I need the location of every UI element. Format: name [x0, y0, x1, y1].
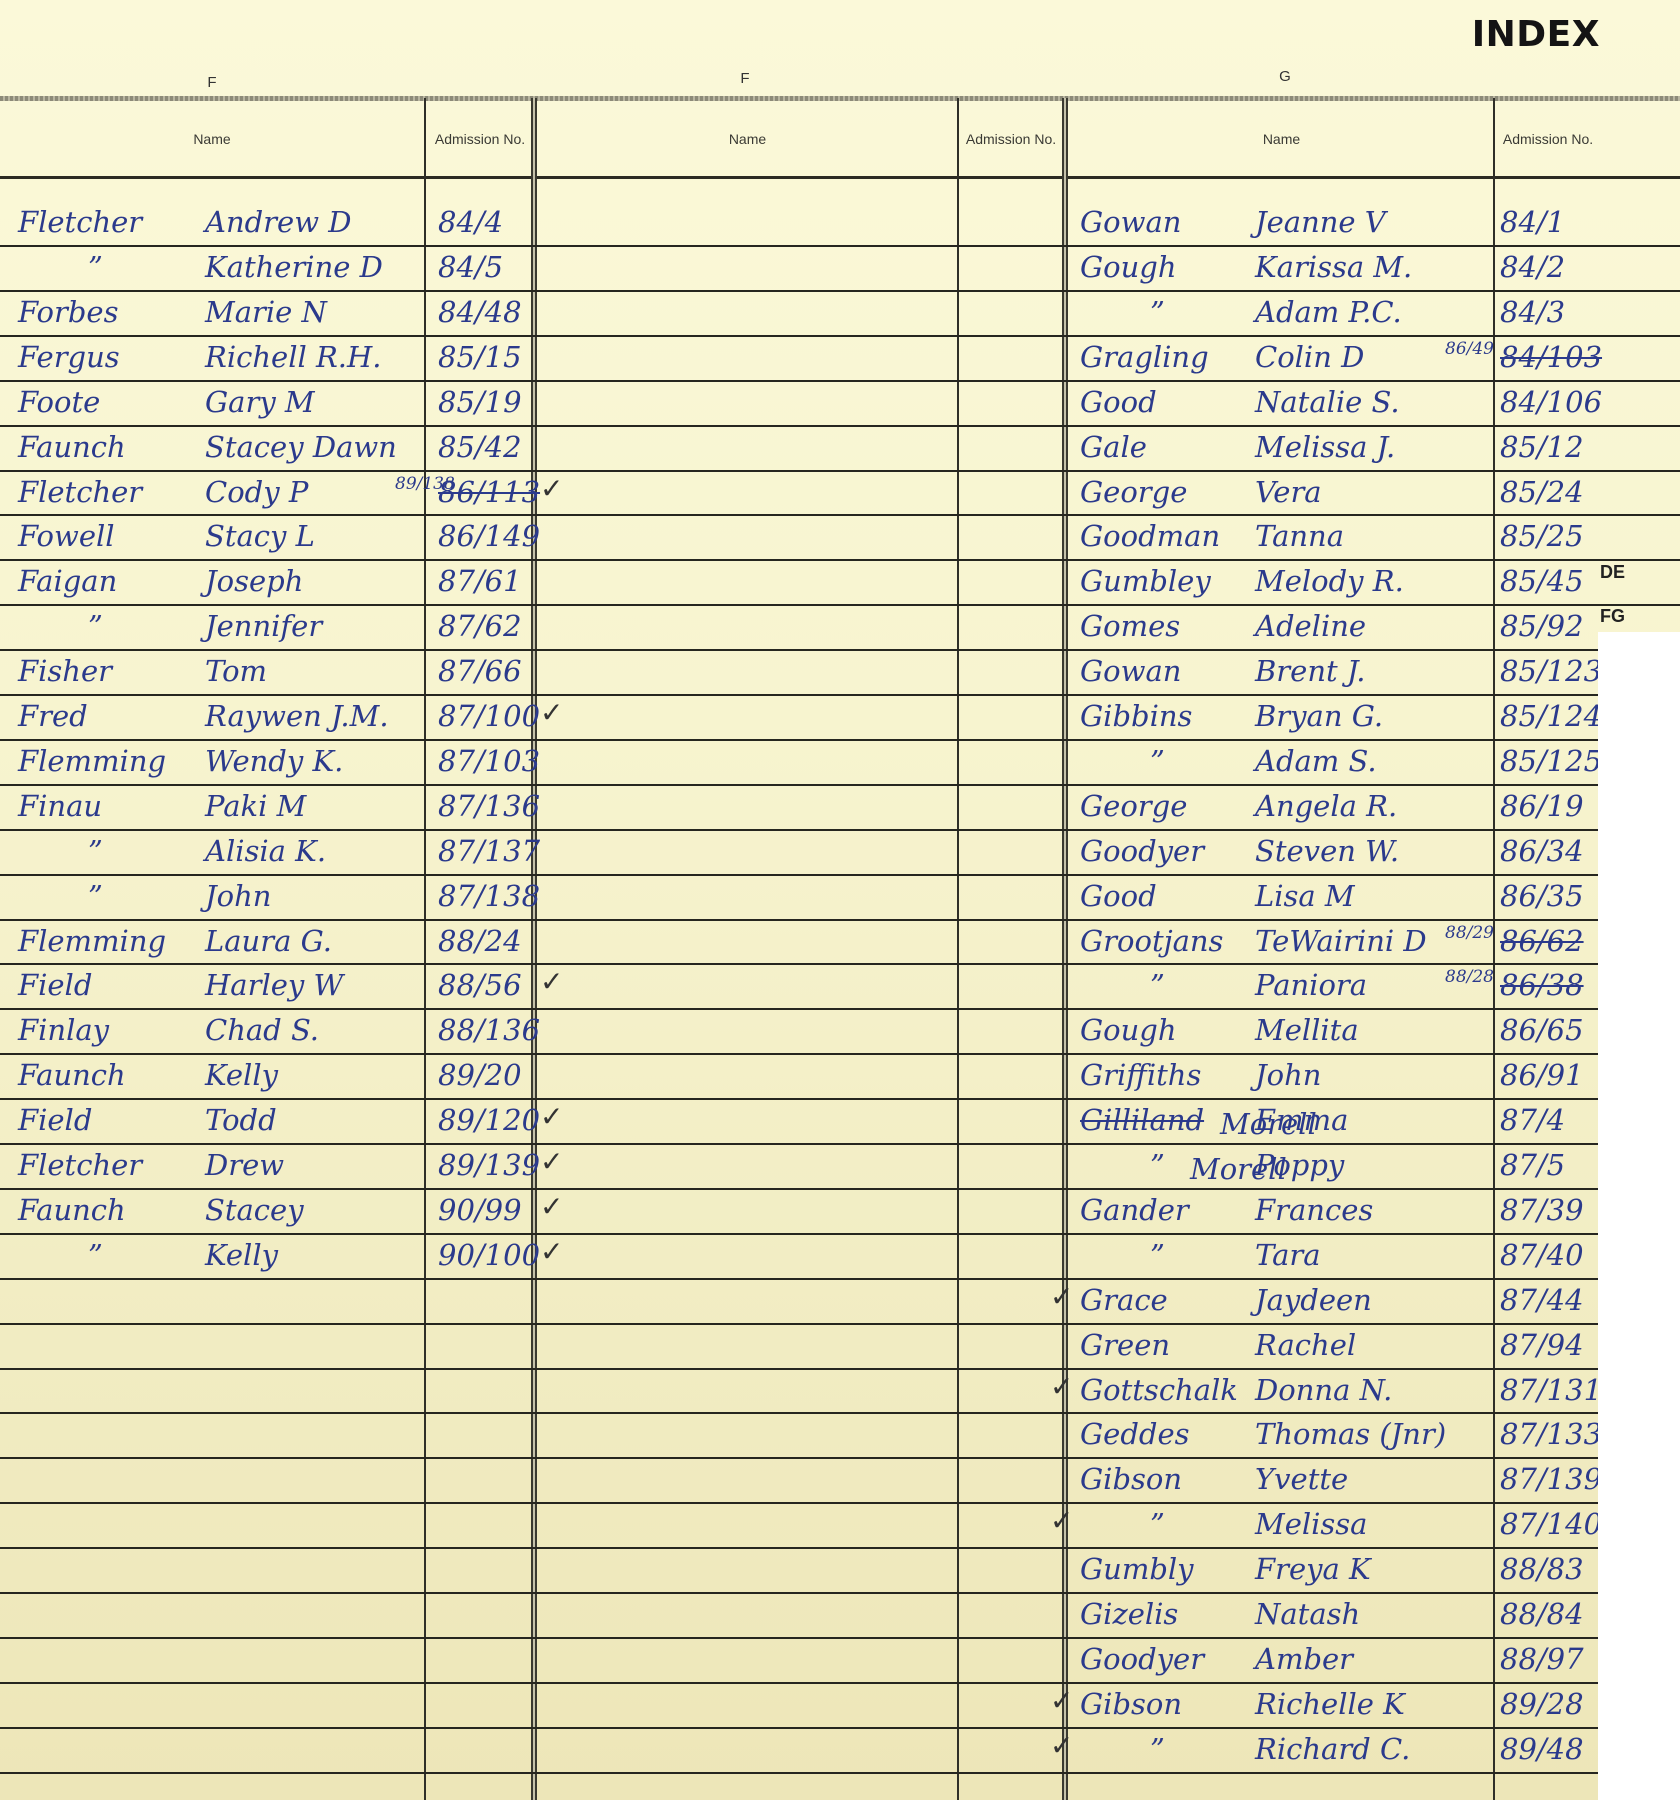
given-name: Wendy K. [205, 747, 343, 776]
admission-number: 87/139 [1500, 1465, 1602, 1494]
ruled-line [0, 963, 1598, 965]
surname: Griffiths [1080, 1061, 1201, 1090]
given-name: Alisia K. [205, 837, 326, 866]
admission-number: 86/91 [1500, 1061, 1584, 1090]
check-mark-icon: ✓ [540, 472, 563, 505]
admission-number: 87/133 [1500, 1420, 1602, 1449]
ruled-line [0, 874, 1598, 876]
surname: ” [1150, 1735, 1165, 1764]
given-name: Frances [1255, 1196, 1373, 1225]
admission-number: 85/15 [438, 343, 522, 372]
ruled-line [0, 245, 1680, 247]
given-name: Harley W [205, 971, 343, 1000]
given-name: Steven W. [1255, 837, 1399, 866]
surname: ” [88, 612, 103, 641]
surname: Gale [1080, 433, 1147, 462]
surname: Grace [1080, 1286, 1168, 1315]
header-admission-g: Admission No. [1498, 102, 1598, 176]
ruled-line [0, 1323, 1598, 1325]
admission-number: 87/61 [438, 567, 522, 596]
ruled-line [0, 425, 1680, 427]
admission-number: 86/113 [438, 478, 540, 507]
ruled-line [0, 1637, 1598, 1639]
surname: Finlay [18, 1016, 109, 1045]
admission-number: 87/131 [1500, 1376, 1602, 1405]
admission-number: 84/103 [1500, 343, 1602, 372]
tab-label-fg: FG [1600, 606, 1625, 627]
surname: Gough [1080, 1016, 1177, 1045]
admission-number: 88/83 [1500, 1555, 1584, 1584]
surname: Fergus [18, 343, 120, 372]
admission-number: 85/125 [1500, 747, 1602, 776]
surname: Good [1080, 388, 1157, 417]
given-name: Natash [1255, 1600, 1360, 1629]
surname: Gibson [1080, 1465, 1182, 1494]
ruled-line [0, 1098, 1598, 1100]
surname: Faigan [18, 567, 117, 596]
given-name: Richard C. [1255, 1735, 1410, 1764]
admission-number: 85/124 [1500, 702, 1602, 731]
ruled-line [0, 1502, 1598, 1504]
ruled-line [0, 1547, 1598, 1549]
given-name: Natalie S. [1255, 388, 1400, 417]
admission-number: 87/39 [1500, 1196, 1584, 1225]
index-page: INDEX F F G Name Admission No. Name Admi… [0, 0, 1680, 1800]
admission-number: 86/149 [438, 522, 540, 551]
admission-number: 87/100 [438, 702, 540, 731]
surname: ” [1150, 298, 1165, 327]
given-name: Melissa J. [1255, 433, 1395, 462]
given-name: Cody P [205, 478, 308, 507]
check-mark-icon: ✓ [1050, 1684, 1073, 1717]
admission-number: 87/66 [438, 657, 522, 686]
check-mark-icon: ✓ [540, 696, 563, 729]
surname: George [1080, 478, 1187, 507]
ruled-line [0, 1682, 1598, 1684]
ruled-line [0, 514, 1680, 516]
section-letter-f1: F [207, 74, 216, 91]
check-mark-icon: ✓ [540, 1145, 563, 1178]
admission-number: 87/140 [1500, 1510, 1602, 1539]
surname: Finau [18, 792, 102, 821]
admission-number: 90/99 [438, 1196, 522, 1225]
surname: Flemming [18, 747, 166, 776]
surname: ” [88, 882, 103, 911]
admission-number: 84/3 [1500, 298, 1565, 327]
given-name: Paniora [1255, 971, 1367, 1000]
surname: Faunch [18, 433, 126, 462]
surname: Geddes [1080, 1420, 1190, 1449]
given-name: Tara [1255, 1241, 1321, 1270]
admission-number: 84/1 [1500, 208, 1565, 237]
column-divider [424, 98, 426, 1800]
given-name: Tanna [1255, 522, 1344, 551]
given-name: Donna N. [1255, 1376, 1392, 1405]
given-name: Rachel [1255, 1331, 1356, 1360]
given-name: Lisa M [1255, 882, 1355, 911]
ruled-line [0, 649, 1598, 651]
ruled-line [0, 784, 1598, 786]
given-name: John [1255, 1061, 1321, 1090]
ruled-line [0, 1592, 1598, 1594]
admission-number: 87/94 [1500, 1331, 1584, 1360]
ruled-line [0, 559, 1680, 561]
ruled-line [0, 380, 1680, 382]
admission-number: 86/38 [1500, 971, 1584, 1000]
check-mark-icon: ✓ [1050, 1280, 1073, 1313]
given-name: Melody R. [1255, 567, 1404, 596]
surname: Forbes [18, 298, 118, 327]
ruled-line [0, 1772, 1598, 1774]
given-name: Thomas (Jnr) [1255, 1420, 1446, 1449]
admission-number: 87/103 [438, 747, 540, 776]
section-letter-g: G [1279, 68, 1291, 85]
admission-number: 87/40 [1500, 1241, 1584, 1270]
admission-number: 85/42 [438, 433, 522, 462]
check-mark-icon: ✓ [540, 1190, 563, 1223]
admission-note: 86/49 [1445, 341, 1494, 358]
admission-number: 84/48 [438, 298, 522, 327]
admission-number: 90/100 [438, 1241, 540, 1270]
column-divider [957, 98, 959, 1800]
ruled-line [0, 1008, 1598, 1010]
ruled-line [0, 1457, 1598, 1459]
section-letter-f2: F [740, 70, 749, 87]
ruled-line [0, 1368, 1598, 1370]
given-name: Jeanne V [1255, 208, 1386, 237]
surname: Gibbins [1080, 702, 1192, 731]
admission-number: 89/28 [1500, 1690, 1584, 1719]
surname: Fletcher [18, 208, 142, 237]
admission-number: 87/4 [1500, 1106, 1565, 1135]
admission-number: 87/5 [1500, 1151, 1565, 1180]
given-name: Brent J. [1255, 657, 1365, 686]
admission-number: 89/139 [438, 1151, 540, 1180]
surname: ” [88, 837, 103, 866]
header-admission-f2: Admission No. [962, 102, 1060, 176]
ruled-line [0, 1053, 1598, 1055]
surname: ” [88, 1241, 103, 1270]
surname: Fisher [18, 657, 112, 686]
given-name: Tom [205, 657, 267, 686]
ruled-line [0, 694, 1598, 696]
admission-number: 85/24 [1500, 478, 1584, 507]
admission-number: 86/62 [1500, 927, 1584, 956]
given-name: Vera [1255, 478, 1322, 507]
surname: Gowan [1080, 657, 1181, 686]
surname: ” [1150, 1241, 1165, 1270]
surname: Gibson [1080, 1690, 1182, 1719]
given-name: Kelly [205, 1061, 278, 1090]
header-bottom-rule [0, 176, 1680, 179]
given-name: Bryan G. [1255, 702, 1383, 731]
admission-number: 85/25 [1500, 522, 1584, 551]
given-name: Amber [1255, 1645, 1353, 1674]
surname: ” [1150, 1151, 1165, 1180]
surname: Green [1080, 1331, 1170, 1360]
surname: Fowell [18, 522, 115, 551]
given-name: Poppy [1255, 1151, 1344, 1180]
given-name: John [205, 882, 271, 911]
given-name: Joseph [205, 567, 303, 596]
admission-number: 86/19 [1500, 792, 1584, 821]
header-name-f2: Name [538, 102, 957, 176]
admission-number: 87/44 [1500, 1286, 1584, 1315]
admission-number: 88/84 [1500, 1600, 1584, 1629]
given-name: Adam P.C. [1255, 298, 1402, 327]
ruled-line [0, 919, 1598, 921]
given-name: Richelle K [1255, 1690, 1405, 1719]
surname: Faunch [18, 1061, 126, 1090]
check-mark-icon: ✓ [540, 1235, 563, 1268]
surname: Good [1080, 882, 1157, 911]
given-name: Mellita [1255, 1016, 1359, 1045]
surname: Gander [1080, 1196, 1189, 1225]
given-name: Karissa M. [1255, 253, 1412, 282]
given-name: Andrew D [205, 208, 352, 237]
header-name-g: Name [1070, 102, 1493, 176]
given-name: TeWairini D [1255, 927, 1427, 956]
surname: ” [1150, 1510, 1165, 1539]
surname: Field [18, 971, 92, 1000]
surname: Flemming [18, 927, 166, 956]
admission-number: 84/106 [1500, 388, 1602, 417]
given-name: Stacey Dawn [205, 433, 397, 462]
admission-number: 88/136 [438, 1016, 540, 1045]
check-mark-icon: ✓ [540, 965, 563, 998]
given-name: Emma [1255, 1106, 1348, 1135]
admission-number: 88/56 [438, 971, 522, 1000]
admission-note: 88/28 [1445, 969, 1494, 986]
surname: Faunch [18, 1196, 126, 1225]
surname: Goodman [1080, 522, 1220, 551]
given-name: Katherine D [205, 253, 383, 282]
given-name: Melissa [1255, 1510, 1367, 1539]
admission-number: 87/62 [438, 612, 522, 641]
surname: Grootjans [1080, 927, 1223, 956]
given-name: Todd [205, 1106, 277, 1135]
surname: ” [1150, 747, 1165, 776]
surname: Gowan [1080, 208, 1181, 237]
ruled-line [0, 604, 1680, 606]
page-title: INDEX [1472, 14, 1600, 55]
surname: Goodyer [1080, 1645, 1204, 1674]
ruled-line [0, 470, 1680, 472]
admission-number: 85/12 [1500, 433, 1584, 462]
admission-number: 85/19 [438, 388, 522, 417]
header-top-rule [0, 96, 1680, 101]
given-name: Paki M [205, 792, 306, 821]
ruled-line [0, 1233, 1598, 1235]
surname: ” [1150, 971, 1165, 1000]
surname: Fletcher [18, 1151, 142, 1180]
check-mark-icon: ✓ [540, 1100, 563, 1133]
given-name: Kelly [205, 1241, 278, 1270]
ruled-line [0, 335, 1680, 337]
check-mark-icon: ✓ [1050, 1504, 1073, 1537]
given-name: Jaydeen [1255, 1286, 1372, 1315]
surname: Goodyer [1080, 837, 1204, 866]
ruled-line [0, 1143, 1598, 1145]
admission-number: 84/4 [438, 208, 503, 237]
surname: Field [18, 1106, 92, 1135]
given-name: Colin D [1255, 343, 1364, 372]
given-name: Marie N [205, 298, 327, 327]
given-name: Adam S. [1255, 747, 1377, 776]
surname: Gilliland [1080, 1106, 1204, 1135]
surname: Gumbly [1080, 1555, 1194, 1584]
admission-number: 87/137 [438, 837, 540, 866]
admission-number: 84/5 [438, 253, 503, 282]
ruled-line [0, 290, 1680, 292]
given-name: Gary M [205, 388, 315, 417]
surname: Fletcher [18, 478, 142, 507]
section-divider [1062, 98, 1068, 1800]
admission-number: 84/2 [1500, 253, 1565, 282]
tab-label-de: DE [1600, 562, 1625, 583]
surname: George [1080, 792, 1187, 821]
ruled-line [0, 829, 1598, 831]
admission-number: 85/92 [1500, 612, 1584, 641]
given-name: Adeline [1255, 612, 1366, 641]
section-divider [531, 98, 537, 1800]
given-name: Chad S. [205, 1016, 319, 1045]
ruled-line [0, 1412, 1598, 1414]
ruled-line [0, 1727, 1598, 1729]
surname: Foote [18, 388, 100, 417]
given-name: Richell R.H. [205, 343, 382, 372]
given-name: Laura G. [205, 927, 332, 956]
admission-number: 88/24 [438, 927, 522, 956]
admission-note: 88/29 [1445, 925, 1494, 942]
surname: Fred [18, 702, 88, 731]
given-name: Stacy L [205, 522, 315, 551]
ruled-line [0, 739, 1598, 741]
admission-number: 89/120 [438, 1106, 540, 1135]
admission-number: 87/138 [438, 882, 540, 911]
header-admission-f1: Admission No. [430, 102, 530, 176]
surname: Gizelis [1080, 1600, 1178, 1629]
given-name: Yvette [1255, 1465, 1348, 1494]
admission-number: 85/123 [1500, 657, 1602, 686]
check-mark-icon: ✓ [1050, 1370, 1073, 1403]
admission-number: 85/45 [1500, 567, 1584, 596]
given-name: Freya K [1255, 1555, 1371, 1584]
surname: Gomes [1080, 612, 1180, 641]
given-name: Raywen J.M. [205, 702, 389, 731]
ruled-line [0, 1188, 1598, 1190]
ruled-line [0, 1278, 1598, 1280]
surname: Gragling [1080, 343, 1209, 372]
admission-number: 86/65 [1500, 1016, 1584, 1045]
surname: ” [88, 253, 103, 282]
surname: Gottschalk [1080, 1376, 1238, 1405]
given-name: Angela R. [1255, 792, 1397, 821]
admission-number: 88/97 [1500, 1645, 1584, 1674]
given-name: Jennifer [205, 612, 322, 641]
header-name-f1: Name [0, 102, 424, 176]
admission-number: 87/136 [438, 792, 540, 821]
surname: Gough [1080, 253, 1177, 282]
check-mark-icon: ✓ [1050, 1729, 1073, 1762]
surname: Gumbley [1080, 567, 1211, 596]
given-name: Stacey [205, 1196, 304, 1225]
admission-number: 89/20 [438, 1061, 522, 1090]
given-name: Drew [205, 1151, 284, 1180]
admission-number: 86/34 [1500, 837, 1584, 866]
admission-number: 86/35 [1500, 882, 1584, 911]
admission-number: 89/48 [1500, 1735, 1584, 1764]
